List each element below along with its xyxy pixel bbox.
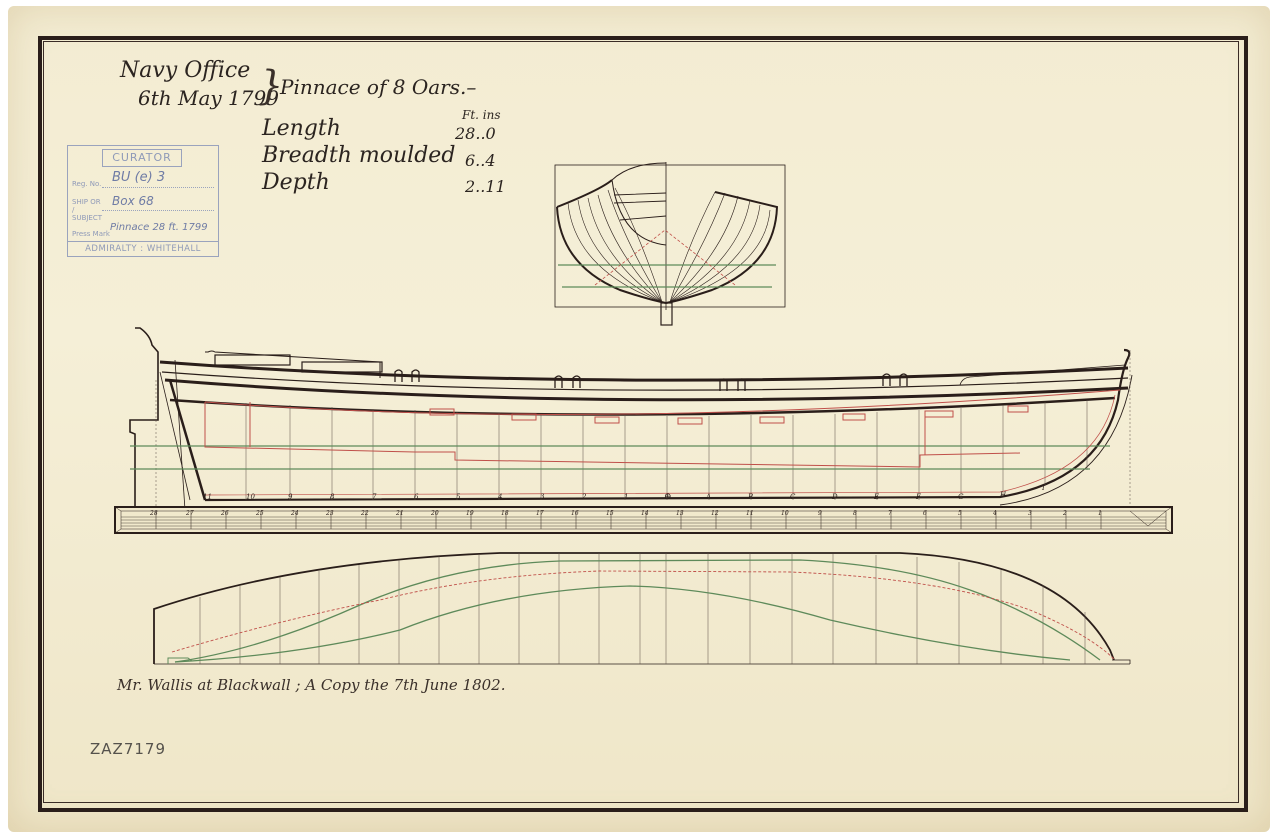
- svg-text:16: 16: [571, 510, 579, 517]
- footer-note: Mr. Wallis at Blackwall ; A Copy the 7th…: [117, 676, 506, 694]
- svg-text:6: 6: [923, 510, 927, 517]
- svg-text:27: 27: [185, 510, 194, 517]
- svg-text:8: 8: [853, 510, 857, 517]
- svg-text:28: 28: [149, 510, 158, 517]
- svg-text:10: 10: [781, 510, 789, 517]
- svg-text:5: 5: [958, 510, 962, 517]
- catalogue-number: ZAZ7179: [90, 740, 166, 758]
- svg-text:20: 20: [430, 510, 439, 517]
- station-labels: 11 10 9 8 7 6 5 4 3 2 1 ⊕ A B C D E F G …: [203, 484, 1045, 502]
- svg-text:13: 13: [676, 510, 684, 517]
- svg-text:D: D: [831, 493, 838, 501]
- svg-text:1: 1: [624, 493, 628, 501]
- svg-text:25: 25: [255, 510, 264, 517]
- svg-text:26: 26: [220, 510, 229, 517]
- svg-text:7: 7: [888, 510, 892, 517]
- svg-text:14: 14: [641, 510, 649, 517]
- svg-text:11: 11: [203, 493, 212, 501]
- svg-text:1: 1: [1098, 510, 1102, 517]
- svg-text:8: 8: [330, 493, 335, 501]
- svg-text:E: E: [873, 493, 879, 501]
- svg-text:7: 7: [372, 493, 377, 501]
- svg-text:15: 15: [606, 510, 614, 517]
- svg-text:2: 2: [581, 493, 587, 501]
- half-breadth-plan: [154, 553, 1130, 664]
- body-plan: [555, 162, 785, 325]
- sheer-plan: [130, 328, 1132, 510]
- svg-text:4: 4: [497, 493, 502, 501]
- svg-text:19: 19: [466, 510, 474, 517]
- svg-text:23: 23: [325, 510, 334, 517]
- svg-text:H: H: [999, 491, 1007, 499]
- svg-text:10: 10: [246, 493, 255, 501]
- svg-text:6: 6: [414, 493, 419, 501]
- svg-text:G: G: [958, 493, 964, 501]
- svg-text:24: 24: [290, 510, 299, 517]
- svg-text:21: 21: [395, 510, 404, 517]
- svg-text:4: 4: [992, 510, 997, 517]
- svg-text:⊕: ⊕: [664, 492, 672, 502]
- svg-text:2: 2: [1062, 510, 1067, 517]
- svg-text:11: 11: [746, 510, 754, 517]
- svg-text:A: A: [705, 493, 711, 501]
- svg-text:C: C: [790, 493, 796, 501]
- svg-text:3: 3: [540, 493, 545, 501]
- svg-text:9: 9: [818, 510, 822, 517]
- svg-text:I: I: [1041, 484, 1045, 492]
- svg-text:3: 3: [1028, 510, 1032, 517]
- svg-text:B: B: [747, 493, 753, 501]
- svg-text:17: 17: [536, 510, 544, 517]
- svg-text:9: 9: [288, 493, 293, 501]
- ship-plan-drawing: 11 10 9 8 7 6 5 4 3 2 1 ⊕ A B C D E F G …: [0, 0, 1280, 839]
- svg-text:18: 18: [501, 510, 509, 517]
- svg-text:5: 5: [456, 493, 461, 501]
- svg-text:22: 22: [360, 510, 369, 517]
- svg-text:12: 12: [711, 510, 719, 517]
